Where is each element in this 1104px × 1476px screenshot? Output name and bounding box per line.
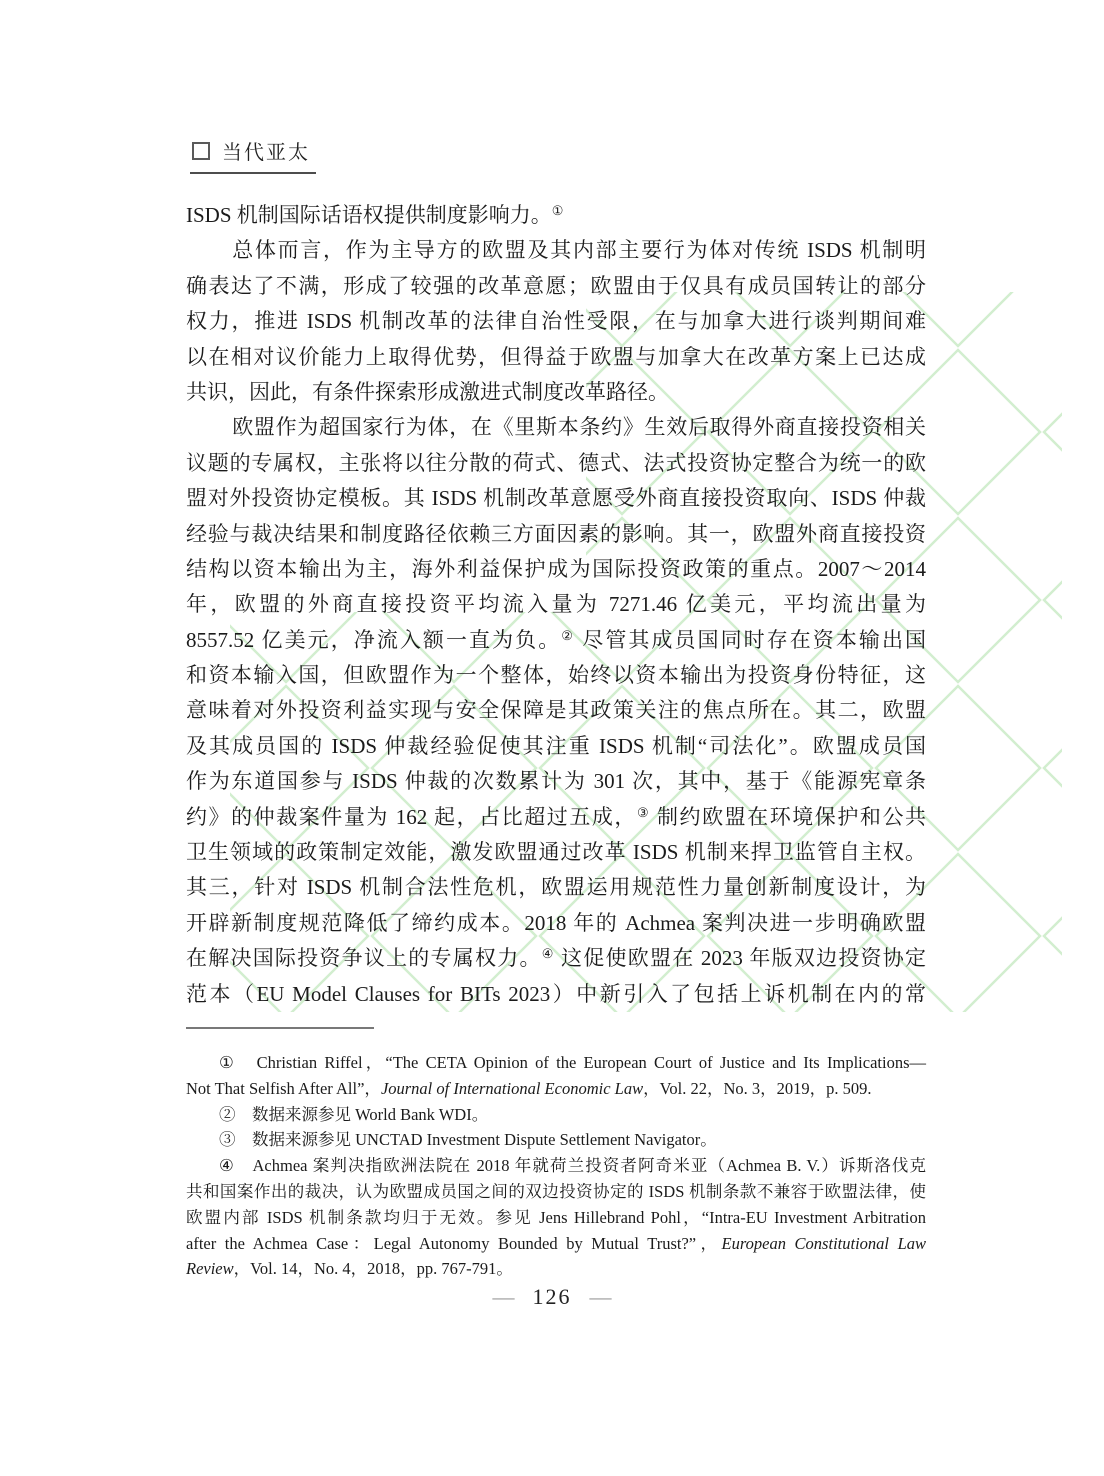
line-text: ，Vol. 22，No. 3，2019，p. 509.: [643, 1079, 871, 1098]
line-text: 作为东道国参与 ISDS 仲裁的次数累计为 301 次，其中，基于《能源宪章条: [186, 769, 926, 793]
line-text: 和资本输入国，但欧盟作为一个整体，始终以资本输出为投资身份特征，这: [186, 663, 926, 687]
body-line: 权力，推进 ISDS 机制改革的法律自治性受限，在与加拿大进行谈判期间难: [186, 304, 926, 339]
square-outline-icon: [192, 142, 210, 160]
footnote-ref: ①: [552, 203, 564, 218]
line-text: 尽管其成员国同时存在资本输出国: [575, 628, 926, 652]
footnote-line: 欧盟内部 ISDS 机制条款均归于无效。参见 Jens Hillebrand P…: [186, 1205, 926, 1231]
journal-title: 当代亚太: [222, 136, 310, 165]
footnote-ref: ②: [561, 628, 575, 643]
line-text: 以在相对议价能力上取得优势，但得益于欧盟与加拿大在改革方案上已达成: [186, 345, 926, 369]
body-line: 结构以资本输出为主，海外利益保护成为国际投资政策的重点。2007～2014: [186, 552, 926, 587]
line-text: 议题的专属权，主张将以往分散的荷式、德式、法式投资协定整合为统一的欧: [186, 451, 926, 475]
line-text: 及其成员国的 ISDS 仲裁经验促使其注重 ISDS 机制“司法化”。欧盟成员国: [186, 734, 926, 758]
line-text: 欧盟作为超国家行为体，在《里斯本条约》生效后取得外商直接投资相关: [232, 415, 926, 439]
body-line: 范本（EU Model Clauses for BITs 2023）中新引入了包…: [186, 977, 926, 1012]
page-number-right-dash: —: [590, 1284, 612, 1309]
line-text: 结构以资本输出为主，海外利益保护成为国际投资政策的重点。2007～2014: [186, 557, 926, 581]
line-text: 卫生领域的政策制定效能，激发欧盟通过改革 ISDS 机制来捍卫监管自主权。: [186, 840, 926, 864]
body-line: ISDS 机制国际话语权提供制度影响力。①: [186, 198, 926, 233]
footnotes: ① Christian Riffel，“The CETA Opinion of …: [186, 1050, 926, 1282]
line-text: 这促使欧盟在 2023 年版双边投资协定: [555, 946, 926, 970]
body-line: 和资本输入国，但欧盟作为一个整体，始终以资本输出为投资身份特征，这: [186, 658, 926, 693]
page-number: —126—: [0, 1284, 1104, 1310]
line-text: ④ Achmea 案判决指欧洲法院在 2018 年就荷兰投资者阿奇米亚（Achm…: [219, 1156, 926, 1175]
line-text: after the Achmea Case：Legal Autonomy Bou…: [186, 1234, 722, 1253]
body-line: 欧盟作为超国家行为体，在《里斯本条约》生效后取得外商直接投资相关: [186, 410, 926, 445]
line-text: 总体而言，作为主导方的欧盟及其内部主要行为体对传统 ISDS 机制明: [232, 238, 926, 262]
body-line: 其三，针对 ISDS 机制合法性危机，欧盟运用规范性力量创新制度设计，为: [186, 870, 926, 905]
footnote-line: 共和国案作出的裁决，认为欧盟成员国之间的双边投资协定的 ISDS 机制条款不兼容…: [186, 1179, 926, 1205]
line-text: 盟对外投资协定模板。其 ISDS 机制改革意愿受外商直接投资取向、ISDS 仲裁: [186, 486, 926, 510]
body-line: 以在相对议价能力上取得优势，但得益于欧盟与加拿大在改革方案上已达成: [186, 340, 926, 375]
line-text: 经验与裁决结果和制度路径依赖三方面因素的影响。其一，欧盟外商直接投资: [186, 522, 926, 546]
body-line: 卫生领域的政策制定效能，激发欧盟通过改革 ISDS 机制来捍卫监管自主权。: [186, 835, 926, 870]
footnote-line: ③ 数据来源参见 UNCTAD Investment Dispute Settl…: [186, 1127, 926, 1153]
journal-name-italic: Review: [186, 1259, 234, 1278]
body-line: 意味着对外投资利益实现与安全保障是其政策关注的焦点所在。其二，欧盟: [186, 693, 926, 728]
line-text: ，Vol. 14，No. 4，2018，pp. 767-791。: [234, 1259, 513, 1278]
body-line: 及其成员国的 ISDS 仲裁经验促使其注重 ISDS 机制“司法化”。欧盟成员国: [186, 729, 926, 764]
line-text: 意味着对外投资利益实现与安全保障是其政策关注的焦点所在。其二，欧盟: [186, 698, 926, 722]
journal-name-italic: European Constitutional Law: [722, 1234, 926, 1253]
line-text: ISDS 机制国际话语权提供制度影响力。: [186, 203, 552, 227]
footnote-line: Review，Vol. 14，No. 4，2018，pp. 767-791。: [186, 1256, 926, 1282]
body-line: 作为东道国参与 ISDS 仲裁的次数累计为 301 次，其中，基于《能源宪章条: [186, 764, 926, 799]
line-text: 约》的仲裁案件量为 162 起，占比超过五成，: [186, 805, 637, 829]
body-line: 约》的仲裁案件量为 162 起，占比超过五成，③ 制约欧盟在环境保护和公共: [186, 800, 926, 835]
footnote-divider: [186, 1027, 374, 1029]
line-text: 欧盟内部 ISDS 机制条款均归于无效。参见 Jens Hillebrand P…: [186, 1208, 926, 1227]
footnote-line: after the Achmea Case：Legal Autonomy Bou…: [186, 1231, 926, 1257]
journal-header: 当代亚太: [190, 136, 316, 174]
line-text: 在解决国际投资争议上的专属权力。: [186, 946, 542, 970]
body-line: 经验与裁决结果和制度路径依赖三方面因素的影响。其一，欧盟外商直接投资: [186, 517, 926, 552]
article-body: ISDS 机制国际话语权提供制度影响力。① 总体而言，作为主导方的欧盟及其内部主…: [186, 198, 926, 1012]
page-number-left-dash: —: [493, 1284, 515, 1309]
footnote-line: ① Christian Riffel，“The CETA Opinion of …: [186, 1050, 926, 1076]
line-text: ③ 数据来源参见 UNCTAD Investment Dispute Settl…: [219, 1130, 717, 1149]
line-text: 年，欧盟的外商直接投资平均流入量为 7271.46 亿美元，平均流出量为: [186, 592, 926, 616]
body-line: 总体而言，作为主导方的欧盟及其内部主要行为体对传统 ISDS 机制明: [186, 233, 926, 268]
body-line: 确表达了不满，形成了较强的改革意愿；欧盟由于仅具有成员国转让的部分: [186, 269, 926, 304]
footnote-ref: ④: [542, 946, 555, 961]
paper-page: 当代亚太 ISDS 机制国际话语权提供制度影响力。① 总体而言，作为主导方的欧盟…: [0, 0, 1104, 1476]
body-line: 8557.52 亿美元，净流入额一直为负。② 尽管其成员国同时存在资本输出国: [186, 623, 926, 658]
line-text: 范本（EU Model Clauses for BITs 2023）中新引入了包…: [186, 982, 926, 1006]
body-line: 议题的专属权，主张将以往分散的荷式、德式、法式投资协定整合为统一的欧: [186, 446, 926, 481]
footnote-line: ② 数据来源参见 World Bank WDI。: [186, 1102, 926, 1128]
line-text: 确表达了不满，形成了较强的改革意愿；欧盟由于仅具有成员国转让的部分: [186, 274, 926, 298]
line-text: 8557.52 亿美元，净流入额一直为负。: [186, 628, 561, 652]
line-text: 制约欧盟在环境保护和公共: [650, 805, 926, 829]
body-line: 盟对外投资协定模板。其 ISDS 机制改革意愿受外商直接投资取向、ISDS 仲裁: [186, 481, 926, 516]
journal-name-italic: Journal of International Economic Law: [381, 1079, 643, 1098]
body-line: 开辟新制度规范降低了缔约成本。2018 年的 Achmea 案判决进一步明确欧盟: [186, 906, 926, 941]
line-text: ② 数据来源参见 World Bank WDI。: [219, 1105, 488, 1124]
line-text: 共和国案作出的裁决，认为欧盟成员国之间的双边投资协定的 ISDS 机制条款不兼容…: [186, 1182, 926, 1201]
body-line: 年，欧盟的外商直接投资平均流入量为 7271.46 亿美元，平均流出量为: [186, 587, 926, 622]
footnote-line: Not That Selfish After All”，Journal of I…: [186, 1076, 926, 1102]
line-text: 开辟新制度规范降低了缔约成本。2018 年的 Achmea 案判决进一步明确欧盟: [186, 911, 926, 935]
page-number-value: 126: [533, 1284, 572, 1309]
footnote-ref: ③: [637, 805, 650, 820]
body-line: 共识，因此，有条件探索形成激进式制度改革路径。: [186, 375, 926, 410]
line-text: ① Christian Riffel，“The CETA Opinion of …: [219, 1053, 926, 1072]
line-text: 其三，针对 ISDS 机制合法性危机，欧盟运用规范性力量创新制度设计，为: [186, 875, 926, 899]
line-text: 共识，因此，有条件探索形成激进式制度改革路径。: [186, 380, 669, 404]
line-text: 权力，推进 ISDS 机制改革的法律自治性受限，在与加拿大进行谈判期间难: [186, 309, 926, 333]
body-line: 在解决国际投资争议上的专属权力。④ 这促使欧盟在 2023 年版双边投资协定: [186, 941, 926, 976]
line-text: Not That Selfish After All”，: [186, 1079, 381, 1098]
footnote-line: ④ Achmea 案判决指欧洲法院在 2018 年就荷兰投资者阿奇米亚（Achm…: [186, 1153, 926, 1179]
